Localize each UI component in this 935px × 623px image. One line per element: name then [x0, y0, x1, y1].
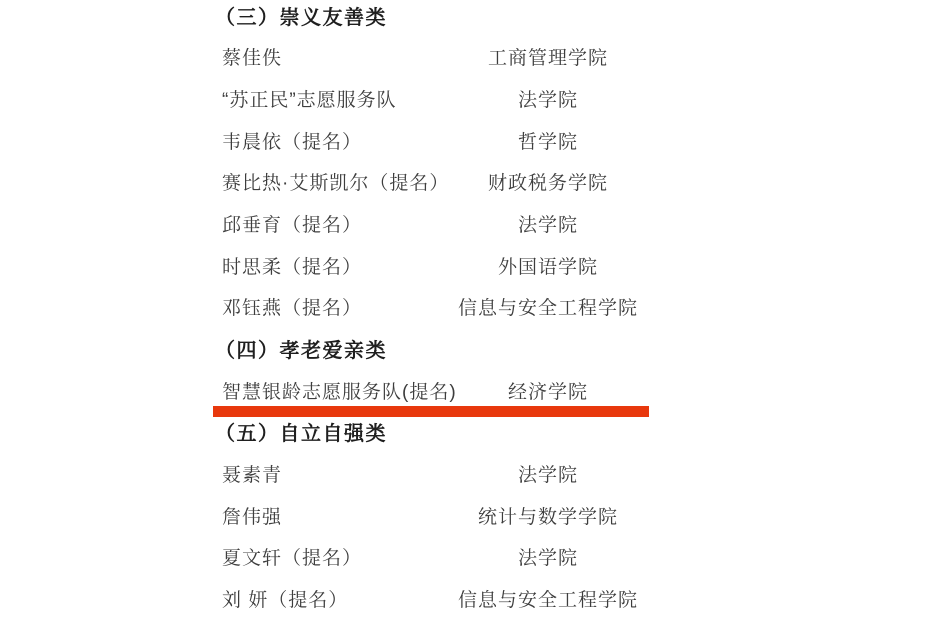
college-name: 财政税务学院 — [380, 168, 716, 195]
college-name: 经济学院 — [380, 377, 716, 404]
awardee-name: 时思柔（提名） — [0, 252, 362, 279]
section-title: （五）自立自强类 — [0, 417, 387, 446]
award-row: 时思柔（提名） 外国语学院 — [0, 244, 935, 286]
document-page: （三）崇义友善类 蔡佳佚 工商管理学院 “苏正民”志愿服务队 法学院 韦晨依（提… — [0, 0, 935, 623]
awardee-name: 邓钰燕（提名） — [0, 293, 362, 320]
award-row: 夏文轩（提名） 法学院 — [0, 536, 935, 578]
award-row: 邓钰燕（提名） 信息与安全工程学院 — [0, 286, 935, 328]
awardee-name: “苏正民”志愿服务队 — [0, 85, 397, 112]
award-row: 詹伟强 统计与数学学院 — [0, 494, 935, 536]
section-title: （三）崇义友善类 — [0, 1, 387, 30]
college-name: 哲学院 — [380, 127, 716, 154]
awardee-name: 蔡佳佚 — [0, 43, 282, 70]
section-header: （三）崇义友善类 — [0, 0, 935, 36]
college-name: 法学院 — [380, 85, 716, 112]
award-row: 赛比热·艾斯凯尔（提名） 财政税务学院 — [0, 161, 935, 203]
college-name: 法学院 — [380, 460, 716, 487]
section-header: （五）自立自强类 — [0, 411, 935, 453]
college-name: 工商管理学院 — [380, 43, 716, 70]
awardee-name: 詹伟强 — [0, 502, 282, 529]
awardee-name: 韦晨依（提名） — [0, 127, 362, 154]
award-row: 韦晨依（提名） 哲学院 — [0, 119, 935, 161]
award-row: 智慧银龄志愿服务队(提名) 经济学院 — [0, 369, 935, 411]
college-name: 外国语学院 — [380, 252, 716, 279]
award-list: （三）崇义友善类 蔡佳佚 工商管理学院 “苏正民”志愿服务队 法学院 韦晨依（提… — [0, 0, 935, 619]
awardee-name: 夏文轩（提名） — [0, 543, 362, 570]
awardee-name: 刘 妍（提名） — [0, 585, 348, 612]
award-row: 聂素青 法学院 — [0, 453, 935, 495]
award-row: 刘 妍（提名） 信息与安全工程学院 — [0, 578, 935, 620]
college-name: 统计与数学学院 — [380, 502, 716, 529]
college-name: 法学院 — [380, 543, 716, 570]
section-title: （四）孝老爱亲类 — [0, 334, 387, 363]
award-row: 蔡佳佚 工商管理学院 — [0, 36, 935, 78]
section-header: （四）孝老爱亲类 — [0, 328, 935, 370]
award-row: 邱垂育（提名） 法学院 — [0, 203, 935, 245]
award-row: “苏正民”志愿服务队 法学院 — [0, 78, 935, 120]
awardee-name: 邱垂育（提名） — [0, 210, 362, 237]
college-name: 信息与安全工程学院 — [380, 585, 716, 612]
awardee-name: 聂素青 — [0, 460, 282, 487]
highlight-underline — [213, 406, 649, 417]
college-name: 信息与安全工程学院 — [380, 293, 716, 320]
college-name: 法学院 — [380, 210, 716, 237]
